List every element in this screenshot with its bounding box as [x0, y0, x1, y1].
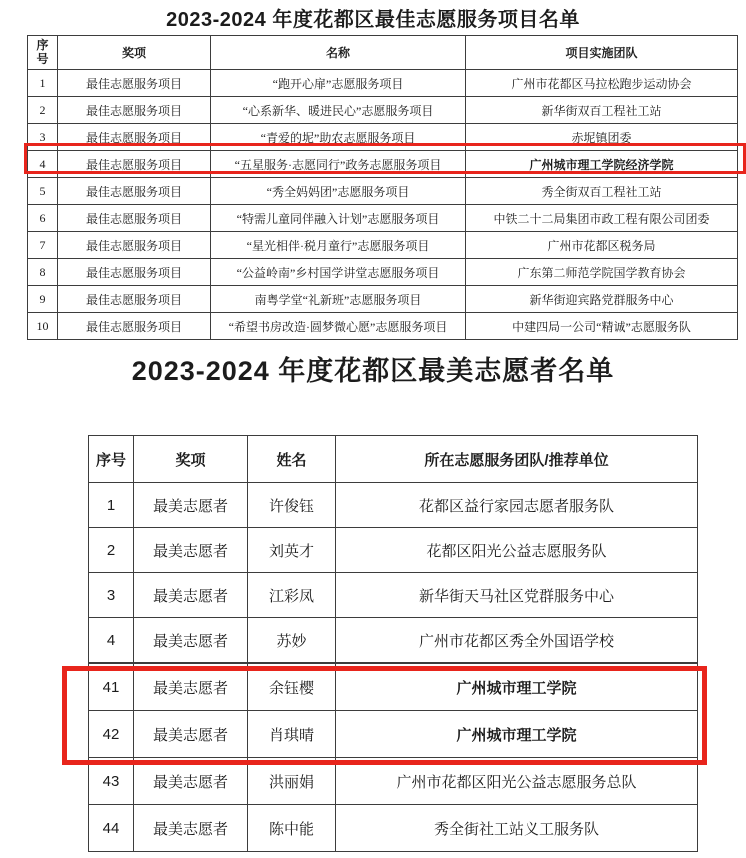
cell-award: 最美志愿者 — [134, 618, 248, 663]
header-num: 序号 — [89, 436, 134, 483]
header-num: 序 号 — [28, 36, 58, 70]
cell-project-name: “心系新华、暖进民心”志愿服务项目 — [211, 97, 466, 124]
cell-team: 新华街双百工程社工站 — [466, 97, 738, 124]
cell-team: 广州城市理工学院 — [336, 664, 698, 711]
cell-name: 洪丽娟 — [248, 758, 336, 805]
cell-team: 中铁二十二局集团市政工程有限公司团委 — [466, 205, 738, 232]
cell-award: 最佳志愿服务项目 — [58, 97, 211, 124]
cell-project-name: “跑开心扉”志愿服务项目 — [211, 70, 466, 97]
table-row: 6 最佳志愿服务项目 “特需儿童同伴融入计划”志愿服务项目 中铁二十二局集团市政… — [28, 205, 738, 232]
cell-project-name: “五星服务·志愿同行”政务志愿服务项目 — [211, 151, 466, 178]
header-team: 所在志愿服务团队/推荐单位 — [336, 436, 698, 483]
header-award: 奖项 — [134, 436, 248, 483]
cell-team: 花都区阳光公益志愿服务队 — [336, 528, 698, 573]
cell-num: 42 — [89, 711, 134, 758]
cell-award: 最美志愿者 — [134, 805, 248, 852]
cell-num: 41 — [89, 664, 134, 711]
cell-team: 广州市花都区税务局 — [466, 232, 738, 259]
cell-project-name: “青爱的坭”助农志愿服务项目 — [211, 124, 466, 151]
cell-num: 10 — [28, 313, 58, 340]
cell-award: 最佳志愿服务项目 — [58, 313, 211, 340]
cell-team: 广州城市理工学院经济学院 — [466, 151, 738, 178]
cell-award: 最佳志愿服务项目 — [58, 286, 211, 313]
cell-num: 6 — [28, 205, 58, 232]
cell-name: 苏妙 — [248, 618, 336, 663]
cell-team: 广东第二师范学院国学教育协会 — [466, 259, 738, 286]
table-row: 4 最美志愿者 苏妙 广州市花都区秀全外国语学校 — [89, 618, 698, 663]
table-row: 7 最佳志愿服务项目 “星光相伴·税月童行”志愿服务项目 广州市花都区税务局 — [28, 232, 738, 259]
table-row-highlighted: 41 最美志愿者 余钰樱 广州城市理工学院 — [89, 664, 698, 711]
table-row: 43 最美志愿者 洪丽娟 广州市花都区阳光公益志愿服务总队 — [89, 758, 698, 805]
cell-award: 最佳志愿服务项目 — [58, 151, 211, 178]
cell-num: 4 — [89, 618, 134, 663]
cell-team: 新华街天马社区党群服务中心 — [336, 573, 698, 618]
cell-team: 广州城市理工学院 — [336, 711, 698, 758]
best-projects-table-header: 序 号 奖项 名称 项目实施团队 — [28, 36, 738, 70]
cell-num: 2 — [89, 528, 134, 573]
table-row: 5 最佳志愿服务项目 “秀全妈妈团”志愿服务项目 秀全街双百工程社工站 — [28, 178, 738, 205]
cell-team: 赤坭镇团委 — [466, 124, 738, 151]
cell-award: 最佳志愿服务项目 — [58, 70, 211, 97]
cell-num: 9 — [28, 286, 58, 313]
header-team: 项目实施团队 — [466, 36, 738, 70]
cell-num: 1 — [28, 70, 58, 97]
cell-award: 最美志愿者 — [134, 664, 248, 711]
cell-num: 1 — [89, 483, 134, 528]
cell-team: 秀全街双百工程社工站 — [466, 178, 738, 205]
table-row-highlighted: 42 最美志愿者 肖琪晴 广州城市理工学院 — [89, 711, 698, 758]
cell-award: 最佳志愿服务项目 — [58, 259, 211, 286]
cell-num: 4 — [28, 151, 58, 178]
cell-team: 广州市花都区马拉松跑步运动协会 — [466, 70, 738, 97]
cell-name: 陈中能 — [248, 805, 336, 852]
table-row: 3 最佳志愿服务项目 “青爱的坭”助农志愿服务项目 赤坭镇团委 — [28, 124, 738, 151]
cell-team: 新华街迎宾路党群服务中心 — [466, 286, 738, 313]
best-volunteers-table-header: 序号 奖项 姓名 所在志愿服务团队/推荐单位 — [89, 436, 698, 483]
table-row: 3 最美志愿者 江彩凤 新华街天马社区党群服务中心 — [89, 573, 698, 618]
cell-award: 最美志愿者 — [134, 573, 248, 618]
cell-award: 最美志愿者 — [134, 483, 248, 528]
header-project-name: 名称 — [211, 36, 466, 70]
best-volunteers-table-top: 序号 奖项 姓名 所在志愿服务团队/推荐单位 1 最美志愿者 许俊钰 花都区益行… — [88, 435, 698, 663]
table-row: 2 最佳志愿服务项目 “心系新华、暖进民心”志愿服务项目 新华街双百工程社工站 — [28, 97, 738, 124]
table-row: 2 最美志愿者 刘英才 花都区阳光公益志愿服务队 — [89, 528, 698, 573]
best-projects-title: 2023-2024 年度花都区最佳志愿服务项目名单 — [0, 3, 746, 32]
table-row: 44 最美志愿者 陈中能 秀全街社工站义工服务队 — [89, 805, 698, 852]
header-row: 序 号 奖项 名称 项目实施团队 — [28, 36, 738, 70]
table-row: 8 最佳志愿服务项目 “公益岭南”乡村国学讲堂志愿服务项目 广东第二师范学院国学… — [28, 259, 738, 286]
header-award: 奖项 — [58, 36, 211, 70]
cell-award: 最美志愿者 — [134, 711, 248, 758]
cell-num: 43 — [89, 758, 134, 805]
best-volunteers-table-bottom: 41 最美志愿者 余钰樱 广州城市理工学院 42 最美志愿者 肖琪晴 广州城市理… — [88, 663, 698, 852]
cell-award: 最美志愿者 — [134, 528, 248, 573]
cell-project-name: “秀全妈妈团”志愿服务项目 — [211, 178, 466, 205]
cell-award: 最美志愿者 — [134, 758, 248, 805]
cell-num: 5 — [28, 178, 58, 205]
cell-award: 最佳志愿服务项目 — [58, 232, 211, 259]
cell-name: 刘英才 — [248, 528, 336, 573]
cell-num: 7 — [28, 232, 58, 259]
cell-team: 中建四局一公司“精诚”志愿服务队 — [466, 313, 738, 340]
cell-project-name: “星光相伴·税月童行”志愿服务项目 — [211, 232, 466, 259]
cell-num: 2 — [28, 97, 58, 124]
cell-num: 8 — [28, 259, 58, 286]
cell-project-name: “特需儿童同伴融入计划”志愿服务项目 — [211, 205, 466, 232]
header-row: 序号 奖项 姓名 所在志愿服务团队/推荐单位 — [89, 436, 698, 483]
cell-name: 许俊钰 — [248, 483, 336, 528]
cell-project-name: “公益岭南”乡村国学讲堂志愿服务项目 — [211, 259, 466, 286]
cell-team: 广州市花都区秀全外国语学校 — [336, 618, 698, 663]
cell-award: 最佳志愿服务项目 — [58, 124, 211, 151]
cell-num: 3 — [28, 124, 58, 151]
best-projects-table: 序 号 奖项 名称 项目实施团队 1 最佳志愿服务项目 “跑开心扉”志愿服务项目… — [27, 35, 738, 340]
table-row: 10 最佳志愿服务项目 “希望书房改造·圆梦微心愿”志愿服务项目 中建四局一公司… — [28, 313, 738, 340]
best-volunteers-title: 2023-2024 年度花都区最美志愿者名单 — [0, 349, 746, 388]
cell-num: 3 — [89, 573, 134, 618]
cell-name: 余钰樱 — [248, 664, 336, 711]
cell-num: 44 — [89, 805, 134, 852]
cell-project-name: 南粤学堂“礼新班”志愿服务项目 — [211, 286, 466, 313]
cell-award: 最佳志愿服务项目 — [58, 205, 211, 232]
cell-name: 江彩凤 — [248, 573, 336, 618]
header-name: 姓名 — [248, 436, 336, 483]
cell-name: 肖琪晴 — [248, 711, 336, 758]
table-row: 1 最佳志愿服务项目 “跑开心扉”志愿服务项目 广州市花都区马拉松跑步运动协会 — [28, 70, 738, 97]
cell-award: 最佳志愿服务项目 — [58, 178, 211, 205]
cell-team: 秀全街社工站义工服务队 — [336, 805, 698, 852]
cell-team: 花都区益行家园志愿者服务队 — [336, 483, 698, 528]
table-row-highlighted: 4 最佳志愿服务项目 “五星服务·志愿同行”政务志愿服务项目 广州城市理工学院经… — [28, 151, 738, 178]
table-row: 1 最美志愿者 许俊钰 花都区益行家园志愿者服务队 — [89, 483, 698, 528]
table-row: 9 最佳志愿服务项目 南粤学堂“礼新班”志愿服务项目 新华街迎宾路党群服务中心 — [28, 286, 738, 313]
cell-team: 广州市花都区阳光公益志愿服务总队 — [336, 758, 698, 805]
cell-project-name: “希望书房改造·圆梦微心愿”志愿服务项目 — [211, 313, 466, 340]
